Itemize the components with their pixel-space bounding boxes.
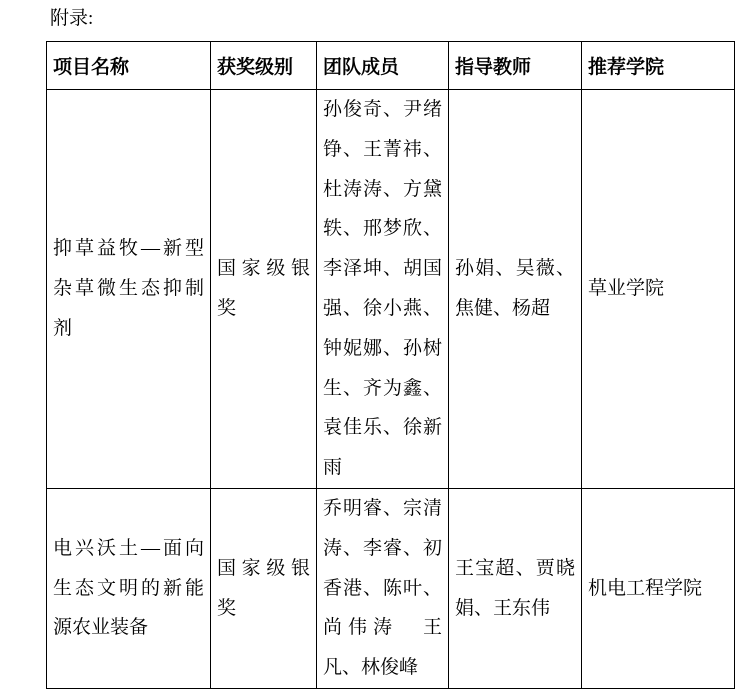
cell-award-level: 国家级银奖 (211, 489, 317, 689)
table-row: 抑草益牧—新型杂草微生态抑制剂 国家级银奖 孙俊奇、尹绪铮、王菁祎、杜涛涛、方黛… (47, 90, 735, 489)
header-college: 推荐学院 (582, 42, 735, 90)
table-header-row: 项目名称 获奖级别 团队成员 指导教师 推荐学院 (47, 42, 735, 90)
document-page: 附录: 项目名称 获奖级别 团队成员 指导教师 推荐学院 抑草益牧—新型杂草微生… (0, 0, 745, 699)
cell-advisors: 孙娟、吴薇、焦健、杨超 (449, 90, 582, 489)
cell-team-members: 乔明睿、宗清涛、李睿、初香港、陈叶、尚伟涛 王凡、林俊峰 (317, 489, 449, 689)
cell-award-level: 国家级银奖 (211, 90, 317, 489)
cell-college: 草业学院 (582, 90, 735, 489)
appendix-label: 附录: (50, 7, 93, 31)
header-project-name: 项目名称 (47, 42, 211, 90)
cell-college: 机电工程学院 (582, 489, 735, 689)
table-row: 电兴沃土—面向生态文明的新能源农业装备 国家级银奖 乔明睿、宗清涛、李睿、初香港… (47, 489, 735, 689)
cell-team-members: 孙俊奇、尹绪铮、王菁祎、杜涛涛、方黛轶、邢梦欣、李泽坤、胡国强、徐小燕、钟妮娜、… (317, 90, 449, 489)
awards-table: 项目名称 获奖级别 团队成员 指导教师 推荐学院 抑草益牧—新型杂草微生态抑制剂… (46, 41, 735, 689)
header-advisors: 指导教师 (449, 42, 582, 90)
cell-advisors: 王宝超、贾晓娟、王东伟 (449, 489, 582, 689)
header-team-members: 团队成员 (317, 42, 449, 90)
header-award-level: 获奖级别 (211, 42, 317, 90)
cell-project-name: 电兴沃土—面向生态文明的新能源农业装备 (47, 489, 211, 689)
cell-project-name: 抑草益牧—新型杂草微生态抑制剂 (47, 90, 211, 489)
